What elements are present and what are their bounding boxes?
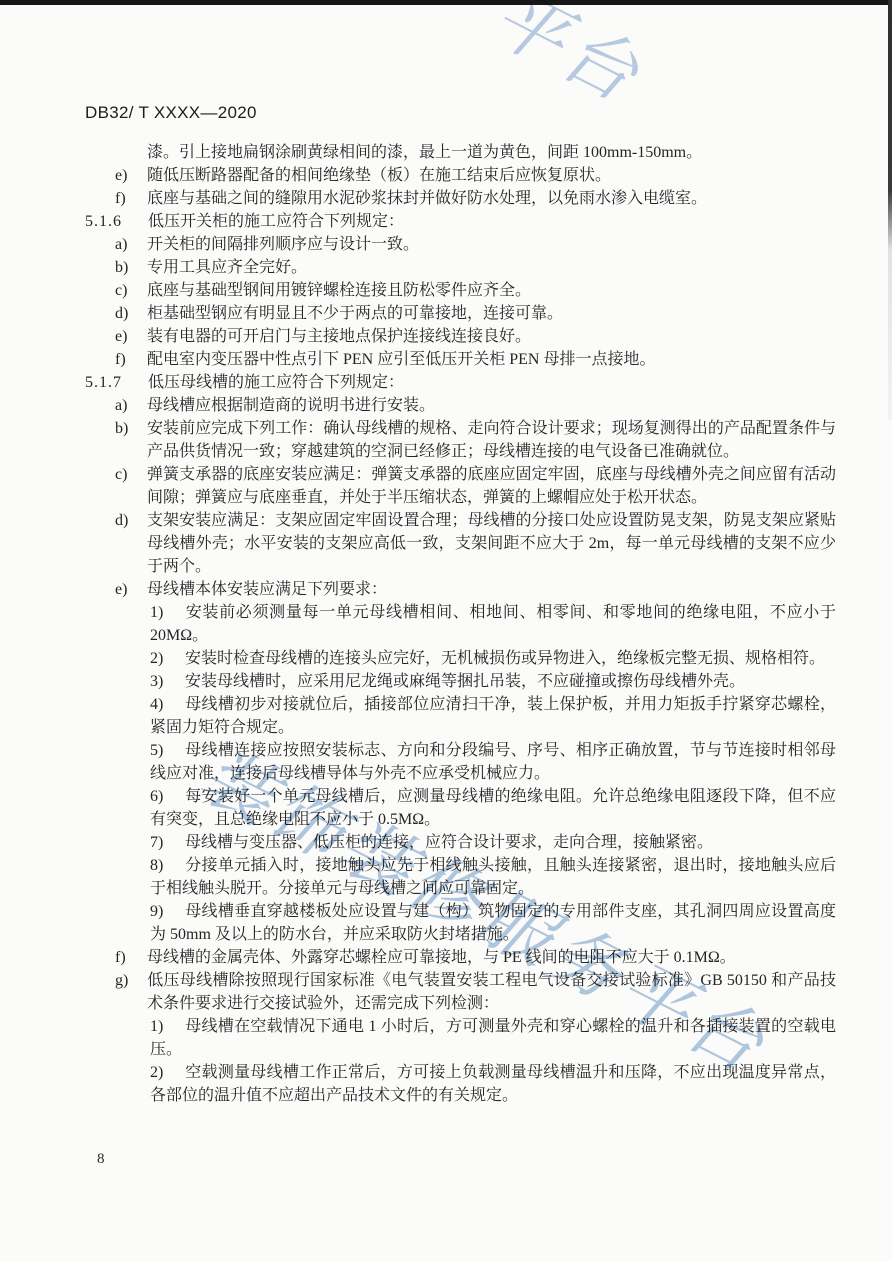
paragraph-text: 开关柜的间隔排列顺序应与设计一致。 [147,236,419,253]
paragraph-label: e) [115,164,147,187]
paragraph-text: 随低压断路器配备的相间绝缘垫（板）在施工结束后应恢复原状。 [147,167,611,184]
paragraph-label: f) [115,348,147,371]
paragraph-litem-e: e)随低压断路器配备的相间绝缘垫（板）在施工结束后应恢复原状。 [115,164,836,187]
standard-number-header: DB32/ T XXXX—2020 [85,103,257,123]
page-number: 8 [97,1151,105,1168]
paragraph-text: 母线槽垂直穿越楼板处应设置与建（构）筑物固定的专用部件支座，其孔洞四周应设置高度… [150,903,836,943]
paragraph-text: 分接单元插入时，接地触头应先于相线触头接触，且触头连接紧密，退出时，接地触头应后… [150,857,836,897]
paragraph-text: 配电室内变压器中性点引下 PEN 应引至低压开关柜 PEN 母排一点接地。 [147,351,655,368]
paragraph-subitem-3: 3)安装母线槽时，应采用尼龙绳或麻绳等捆扎吊装，不应碰撞或擦伤母线槽外壳。 [150,670,836,693]
paragraph-text: 空载测量母线槽工作正常后，方可接上负载测量母线槽温升和压降，不应出现温度异常点，… [150,1064,836,1104]
paragraph-text: 低压开关柜的施工应符合下列规定： [148,213,404,230]
paragraph-text: 低压母线槽除按照现行国家标准《电气装置安装工程电气设备交接试验标准》GB 501… [147,972,836,1012]
paragraph-litem-b: b)专用工具应齐全完好。 [115,256,836,279]
paragraph-label: 1) [150,601,185,624]
paragraph-text: 安装母线槽时，应采用尼龙绳或麻绳等捆扎吊装，不应碰撞或擦伤母线槽外壳。 [185,673,745,690]
watermark-corner: 平台 [481,0,653,115]
paragraph-text: 底座与基础之间的缝隙用水泥砂浆抹封并做好防水处理，以免雨水渗入电缆室。 [147,190,707,207]
scan-top-edge [0,0,892,5]
paragraph-label: b) [115,417,147,440]
paragraph-label: e) [115,325,147,348]
paragraph-label: 5.1.6 [85,210,148,233]
paragraph-label: 5.1.7 [85,371,148,394]
paragraph-cont: 漆。引上接地扁钢涂刷黄绿相间的漆，最上一道为黄色，间距 100mm-150mm。 [147,141,836,164]
paragraph-text: 母线槽与变压器、低压柜的连接，应符合设计要求，走向合理，接触紧密。 [185,834,713,851]
paragraph-litem-d: d)柜基础型钢应有明显且不少于两点的可靠接地，连接可靠。 [115,302,836,325]
paragraph-text: 母线槽连接应按照安装标志、方向和分段编号、序号、相序正确放置，节与节连接时相邻母… [150,742,836,782]
paragraph-label: 5) [150,739,185,762]
paragraph-subitem-8: 8)分接单元插入时，接地触头应先于相线触头接触，且触头连接紧密，退出时，接地触头… [150,854,836,900]
paragraph-label: 3) [150,670,185,693]
document-page: DB32/ T XXXX—2020 漆。引上接地扁钢涂刷黄绿相间的漆，最上一道为… [0,0,892,1262]
paragraph-label: c) [115,279,147,302]
paragraph-litem-b: b)安装前应完成下列工作：确认母线槽的规格、走向符合设计要求；现场复测得出的产品… [115,417,836,463]
paragraph-label: e) [115,578,147,601]
paragraph-label: 2) [150,1061,185,1084]
paragraph-text: 安装时检查母线槽的连接头应完好，无机械损伤或异物进入，绝缘板完整无损、规格相符。 [185,650,825,667]
paragraph-label: g) [115,969,147,992]
paragraph-litem-f: f)配电室内变压器中性点引下 PEN 应引至低压开关柜 PEN 母排一点接地。 [115,348,836,371]
paragraph-subitem-5: 5)母线槽连接应按照安装标志、方向和分段编号、序号、相序正确放置，节与节连接时相… [150,739,836,785]
paragraph-text: 柜基础型钢应有明显且不少于两点的可靠接地，连接可靠。 [147,305,563,322]
paragraph-text: 低压母线槽的施工应符合下列规定： [148,374,404,391]
paragraph-litem-d: d)支架安装应满足：支架应固定牢固设置合理；母线槽的分接口处应设置防晃支架，防晃… [115,509,836,578]
scan-right-edge [888,0,892,420]
paragraph-text: 漆。引上接地扁钢涂刷黄绿相间的漆，最上一道为黄色，间距 100mm-150mm。 [147,144,702,161]
paragraph-label: d) [115,302,147,325]
paragraph-subitem-6: 6)每安装好一个单元母线槽后，应测量母线槽的绝缘电阻。允许总绝缘电阻逐段下降，但… [150,785,836,831]
paragraph-litem-g: g)低压母线槽除按照现行国家标准《电气装置安装工程电气设备交接试验标准》GB 5… [115,969,836,1015]
paragraph-clause-5.1.6: 5.1.6低压开关柜的施工应符合下列规定： [85,210,836,233]
paragraph-clause-5.1.7: 5.1.7低压母线槽的施工应符合下列规定： [85,371,836,394]
paragraph-litem-f: f)母线槽的金属壳体、外露穿芯螺栓应可靠接地，与 PE 线间的电阻不应大于 0.… [115,946,836,969]
paragraph-label: 7) [150,831,185,854]
paragraph-label: 9) [150,900,185,923]
paragraph-subitem-1: 1)母线槽在空载情况下通电 1 小时后，方可测量外壳和穿心螺栓的温升和各插接装置… [150,1015,836,1061]
paragraph-label: c) [115,463,147,486]
paragraph-text: 母线槽应根据制造商的说明书进行安装。 [147,397,435,414]
paragraph-litem-a: a)母线槽应根据制造商的说明书进行安装。 [115,394,836,417]
paragraph-litem-c: c)弹簧支承器的底座安装应满足：弹簧支承器的底座应固定牢固，底座与母线槽外壳之间… [115,463,836,509]
paragraph-text: 母线槽本体安装应满足下列要求： [147,581,387,598]
paragraph-subitem-4: 4)母线槽初步对接就位后，插接部位应清扫干净，装上保护板，并用力矩扳手拧紧穿芯螺… [150,693,836,739]
paragraph-label: a) [115,233,147,256]
paragraph-text: 弹簧支承器的底座安装应满足：弹簧支承器的底座应固定牢固，底座与母线槽外壳之间应留… [147,466,836,506]
document-body: 漆。引上接地扁钢涂刷黄绿相间的漆，最上一道为黄色，间距 100mm-150mm。… [85,141,836,1107]
paragraph-text: 支架安装应满足：支架应固定牢固设置合理；母线槽的分接口处应设置防晃支架，防晃支架… [147,512,836,575]
paragraph-label: f) [115,187,147,210]
paragraph-text: 母线槽初步对接就位后，插接部位应清扫干净，装上保护板，并用力矩扳手拧紧穿芯螺栓，… [150,696,836,736]
paragraph-litem-c: c)底座与基础型钢间用镀锌螺栓连接且防松零件应齐全。 [115,279,836,302]
paragraph-text: 母线槽的金属壳体、外露穿芯螺栓应可靠接地，与 PE 线间的电阻不应大于 0.1M… [147,949,736,966]
paragraph-litem-e: e)装有电器的可开启门与主接地点保护连接线连接良好。 [115,325,836,348]
paragraph-label: 8) [150,854,185,877]
paragraph-text: 底座与基础型钢间用镀锌螺栓连接且防松零件应齐全。 [147,282,531,299]
paragraph-subitem-2: 2)安装时检查母线槽的连接头应完好，无机械损伤或异物进入，绝缘板完整无损、规格相… [150,647,836,670]
paragraph-text: 装有电器的可开启门与主接地点保护连接线连接良好。 [147,328,531,345]
paragraph-label: d) [115,509,147,532]
paragraph-label: 2) [150,647,185,670]
paragraph-subitem-9: 9)母线槽垂直穿越楼板处应设置与建（构）筑物固定的专用部件支座，其孔洞四周应设置… [150,900,836,946]
paragraph-subitem-7: 7)母线槽与变压器、低压柜的连接，应符合设计要求，走向合理，接触紧密。 [150,831,836,854]
paragraph-label: 1) [150,1015,185,1038]
paragraph-text: 母线槽在空载情况下通电 1 小时后，方可测量外壳和穿心螺栓的温升和各插接装置的空… [150,1018,836,1058]
paragraph-text: 专用工具应齐全完好。 [147,259,307,276]
paragraph-label: b) [115,256,147,279]
paragraph-litem-a: a)开关柜的间隔排列顺序应与设计一致。 [115,233,836,256]
paragraph-label: a) [115,394,147,417]
paragraph-label: f) [115,946,147,969]
paragraph-litem-f: f)底座与基础之间的缝隙用水泥砂浆抹封并做好防水处理，以免雨水渗入电缆室。 [115,187,836,210]
paragraph-label: 4) [150,693,185,716]
paragraph-subitem-1: 1)安装前必须测量每一单元母线槽相间、相地间、相零间、和零地间的绝缘电阻，不应小… [150,601,836,647]
paragraph-text: 安装前必须测量每一单元母线槽相间、相地间、相零间、和零地间的绝缘电阻，不应小于 … [150,604,836,644]
paragraph-label: 6) [150,785,185,808]
paragraph-subitem-2: 2)空载测量母线槽工作正常后，方可接上负载测量母线槽温升和压降，不应出现温度异常… [150,1061,836,1107]
paragraph-text: 每安装好一个单元母线槽后，应测量母线槽的绝缘电阻。允许总绝缘电阻逐段下降，但不应… [150,788,836,828]
paragraph-text: 安装前应完成下列工作：确认母线槽的规格、走向符合设计要求；现场复测得出的产品配置… [147,420,836,460]
paragraph-litem-e: e)母线槽本体安装应满足下列要求： [115,578,836,601]
